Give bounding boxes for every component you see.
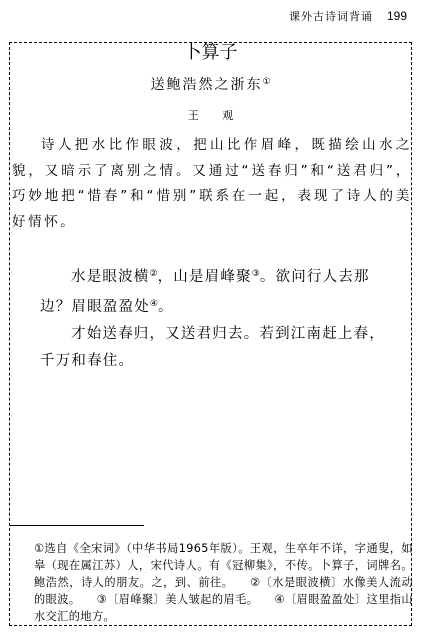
verse-text: 水是眼波横 — [71, 269, 150, 285]
footnote-marker-1[interactable]: ① — [262, 77, 270, 87]
poem-body: 水是眼波横②，山是眉峰聚③。欲问行人去那边？眉眼盈盈处④。 才始送春归，又送君归… — [40, 261, 385, 375]
poem-author: 王 观 — [0, 107, 421, 123]
footnote-spacer — [234, 576, 250, 589]
intro-paragraph: 诗人把水比作眼波，把山比作眉峰，既描绘山水之貌，又暗示了离别之情。又通过“送春归… — [12, 133, 412, 235]
footnotes: ①选自《全宋词》（中华书局1965年版）。王观，生卒年不详，字通叟，如皋（现在属… — [34, 540, 413, 625]
verse-text: ，山是眉峰聚 — [158, 269, 252, 285]
stanza-1: 水是眼波横②，山是眉峰聚③。欲问行人去那边？眉眼盈盈处④。 — [40, 261, 385, 321]
poem-subtitle: 送鲍浩然之浙东① — [0, 72, 421, 95]
footnote-marker-2[interactable]: ② — [150, 269, 158, 279]
footnote-spacer — [258, 593, 274, 606]
section-title: 课外古诗词背诵 — [289, 8, 373, 24]
stanza-2: 才始送春归，又送君归去。若到江南赶上春，千万和春住。 — [40, 321, 385, 375]
footnote-3: ③〔眉峰聚〕美人皱起的眉毛。 — [97, 593, 259, 606]
poem-title: 卜算子 — [0, 41, 421, 65]
footnote-marker-4[interactable]: ④ — [150, 299, 158, 309]
verse-text: 。 — [158, 299, 174, 315]
footnote-spacer — [81, 593, 97, 606]
subtitle-text: 送鲍浩然之浙东 — [150, 77, 262, 93]
footnote-divider — [10, 525, 144, 526]
running-header: 课外古诗词背诵 199 — [289, 8, 407, 24]
footnote-marker-3[interactable]: ③ — [252, 269, 260, 279]
page-number: 199 — [387, 9, 407, 23]
